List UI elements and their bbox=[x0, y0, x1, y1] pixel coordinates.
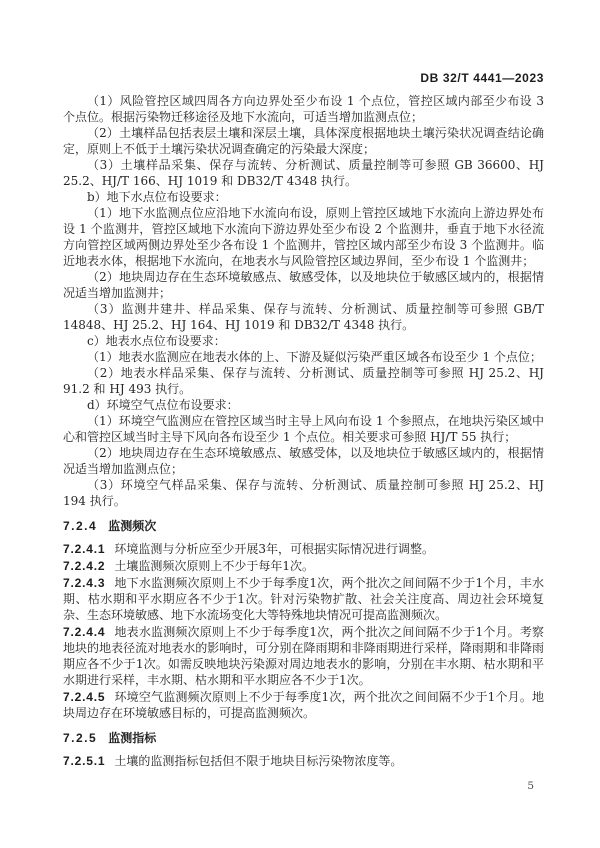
clause-text: 土壤的监测指标包括但不限于地块目标污染物浓度等。 bbox=[114, 754, 402, 768]
list-item: （2）地表水样品采集、保存与流转、分析测试、质量控制等可参照 HJ 25.2、H… bbox=[63, 365, 544, 397]
list-item: （2）土壤样品包括表层土壤和深层土壤，具体深度根据地块土壤污染状况调查结论确定，… bbox=[63, 125, 544, 157]
document-body: （1）风险管控区域四周各方向边界处至少布设 1 个点位，管控区域内部至少布设 3… bbox=[63, 93, 544, 770]
clause-number: 7.2.4.3 bbox=[63, 576, 114, 590]
section-heading-7-2-4: 7.2.4监测频次 bbox=[63, 518, 544, 534]
clause-number: 7.2.4.2 bbox=[63, 559, 114, 573]
section-number: 7.2.5 bbox=[63, 731, 108, 745]
clause-7-2-4-3: 7.2.4.3地下水监测频次原则上不少于每季度1次，两个批次之间间隔不少于1个月… bbox=[63, 575, 544, 623]
list-item: （2）地块周边存在生态环境敏感点、敏感受体，以及地块位于敏感区域内的，根据情况适… bbox=[63, 269, 544, 301]
section-title: 监测频次 bbox=[108, 519, 156, 533]
list-item: （1）环境空气监测应在管控区域当时主导上风向布设 1 个参照点，在地块污染区域中… bbox=[63, 413, 544, 445]
clause-text: 地下水监测频次原则上不少于每季度1次，两个批次之间间隔不少于1个月，丰水期、枯水… bbox=[63, 576, 544, 622]
list-item-label-d: d）环境空气点位布设要求： bbox=[63, 397, 544, 413]
page-number: 5 bbox=[527, 780, 534, 792]
list-item: （2）地块周边存在生态环境敏感点、敏感受体，以及地块位于敏感区域内的，根据情况适… bbox=[63, 445, 544, 477]
clause-text: 环境监测与分析应至少开展3年，可根据实际情况进行调整。 bbox=[114, 542, 434, 556]
clause-text: 环境空气监测频次原则上不少于每季度1次，两个批次之间间隔不少于1个月。地块周边存… bbox=[63, 690, 544, 720]
list-item: （1）地下水监测点位应沿地下水流向布设，原则上管控区域地下水流向上游边界处布设 … bbox=[63, 205, 544, 269]
clause-7-2-4-2: 7.2.4.2土壤监测频次原则上不少于每年1次。 bbox=[63, 558, 544, 574]
clause-number: 7.2.4.4 bbox=[63, 625, 114, 639]
list-item: （3）监测井建井、样品采集、保存与流转、分析测试、质量控制等可参照 GB/T 1… bbox=[63, 301, 544, 333]
clause-7-2-4-1: 7.2.4.1环境监测与分析应至少开展3年，可根据实际情况进行调整。 bbox=[63, 541, 544, 557]
list-item: （1）地表水监测应在地表水体的上、下游及疑似污染严重区域各布设至少 1 个点位； bbox=[63, 349, 544, 365]
list-item: （3）土壤样品采集、保存与流转、分析测试、质量控制等可参照 GB 36600、H… bbox=[63, 157, 544, 189]
clause-text: 地表水监测频次原则上不少于每季度1次，两个批次之间间隔不少于1个月。考察地块的地… bbox=[63, 625, 544, 687]
list-item-label-c: c）地表水点位布设要求： bbox=[63, 333, 544, 349]
clause-7-2-5-1: 7.2.5.1土壤的监测指标包括但不限于地块目标污染物浓度等。 bbox=[63, 753, 544, 769]
document-page: DB 32/T 4441—2023 （1）风险管控区域四周各方向边界处至少布设 … bbox=[0, 0, 600, 848]
section-number: 7.2.4 bbox=[63, 519, 108, 533]
standard-code-header: DB 32/T 4441—2023 bbox=[420, 71, 544, 85]
list-item-label-b: b）地下水点位布设要求： bbox=[63, 189, 544, 205]
clause-7-2-4-5: 7.2.4.5环境空气监测频次原则上不少于每季度1次，两个批次之间间隔不少于1个… bbox=[63, 689, 544, 721]
clause-number: 7.2.5.1 bbox=[63, 754, 114, 768]
clause-number: 7.2.4.1 bbox=[63, 542, 114, 556]
clause-text: 土壤监测频次原则上不少于每年1次。 bbox=[114, 559, 314, 573]
section-heading-7-2-5: 7.2.5监测指标 bbox=[63, 730, 544, 746]
section-title: 监测指标 bbox=[108, 731, 156, 745]
clause-7-2-4-4: 7.2.4.4地表水监测频次原则上不少于每季度1次，两个批次之间间隔不少于1个月… bbox=[63, 624, 544, 688]
list-item: （1）风险管控区域四周各方向边界处至少布设 1 个点位，管控区域内部至少布设 3… bbox=[63, 93, 544, 125]
list-item: （3）环境空气样品采集、保存与流转、分析测试、质量控制可参照 HJ 25.2、H… bbox=[63, 477, 544, 509]
clause-number: 7.2.4.5 bbox=[63, 690, 114, 704]
